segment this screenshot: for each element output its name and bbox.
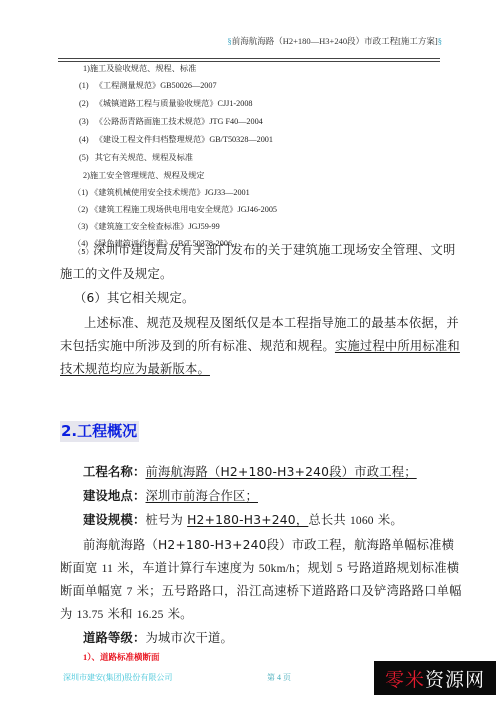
desc-speed: 50km/h: [259, 563, 295, 575]
location-value: 深圳市前海合作区；: [146, 489, 258, 503]
standard-item: （2) 《建筑工程施工现场供电用电安全规范》JGJ46-2005: [73, 204, 277, 215]
description-line4: 为 13.75 米和 16.25 米。: [60, 604, 193, 622]
road-grade-row: 道路等级：为城市次干道。: [83, 628, 233, 646]
project-name-value: 前海航海路（H2+180-H3+240段）市政工程；: [146, 465, 417, 479]
desc-number: 11: [102, 563, 113, 575]
standard-item: (3) 《公路沥青路面施工技术规范》JTG F40—2004: [79, 116, 263, 127]
footer-page-number: 第 4 页: [267, 672, 291, 683]
standards-group1-title: 1)施工及验收规范、规程、标准: [83, 63, 196, 74]
subsection-heading: 1）、道路标准横断面: [83, 651, 160, 663]
description-line3: 断面单幅宽 7 米；五号路路口，沿江高速桥下道路路口及铲湾路路口单幅: [60, 581, 462, 599]
scale-label: 建设规模：: [83, 513, 146, 527]
footer-company: 深圳市建安(集团)股份有限公司: [63, 672, 172, 683]
scale-prefix: 桩号为: [146, 513, 184, 527]
road-grade-label: 道路等级：: [83, 631, 146, 645]
standards-note-line1: 上述标准、规范及规程及图纸仅是本工程指导施工的最基本依据，并: [84, 313, 459, 331]
watermark-white-text: 资源网: [425, 665, 485, 692]
desc-text: 米；五号路路口，沿江高速桥下道路路口及铲湾路路口单幅: [137, 584, 462, 598]
item-text: 《工程测量规范》GB50026—2007: [95, 81, 217, 90]
item-number: (5): [79, 153, 89, 162]
item-text: 《建筑工程施工现场供电用电安全规范》JGJ46-2005: [90, 205, 277, 214]
item-text: 深圳市建设局及有关部门发布的关于建筑施工现场安全管理、文明: [93, 243, 455, 257]
section-mark-icon: §: [438, 36, 442, 46]
standards-note-line2: 末包括实施中所涉及到的所有标准、规范和规程。实施过程中所用标准和: [60, 336, 460, 354]
item-number: (4): [79, 135, 89, 144]
note-underlined-text: 技术规范均应为最新版本。: [60, 362, 210, 376]
desc-text: 号路道路规划标准横: [347, 561, 459, 575]
standards-note-line3: 技术规范均应为最新版本。: [60, 359, 210, 377]
note-underlined-text: 实施过程中所用标准和: [335, 339, 460, 353]
desc-text: 米。: [168, 607, 193, 621]
desc-number: 16.25: [137, 609, 164, 621]
regulation-item-5-cont: 施工的文件及规定。: [60, 264, 172, 282]
desc-text: 断面单幅宽: [60, 584, 123, 598]
standard-item: （3) 《建筑施工安全检查标准》JGJ59-99: [73, 221, 220, 232]
scale-length: 1060: [350, 515, 374, 527]
regulation-item-6: （6）其它相关规定。: [74, 288, 195, 306]
item-number: (2): [79, 99, 89, 108]
description-line2: 断面宽 11 米，车道计算行车速度为 50km/h；规划 5 号路道路规划标准横: [60, 558, 459, 576]
document-header-title: §前海航海路（H2+180—H3+240段）市政工程[施工方案]§: [227, 35, 442, 47]
desc-text: 米和: [108, 607, 133, 621]
item-text: 《建筑机械使用安全技术规范》JGJ33—2001: [90, 188, 250, 197]
desc-text: 米，车道计算行车速度为: [117, 561, 254, 575]
scale-suffix: 总长共: [308, 513, 346, 527]
standard-item: (1) 《工程测量规范》GB50026—2007: [79, 80, 217, 91]
item-text: 《建设工程文件归档整理规范》GB/T50328—2001: [95, 135, 273, 144]
desc-number: 7: [127, 586, 133, 598]
project-name-row: 工程名称：前海航海路（H2+180-H3+240段）市政工程；: [83, 462, 417, 480]
standard-item: (5) 其它有关规范、规程及标准: [79, 152, 193, 163]
desc-text: 断面宽: [60, 561, 98, 575]
watermark-logo: 零米资源网: [374, 661, 496, 695]
item-number: (1): [79, 81, 89, 90]
item-number: （1): [73, 188, 88, 197]
item-number: （2): [73, 205, 88, 214]
scale-unit: 米。: [378, 513, 403, 527]
desc-number: 13.75: [77, 609, 104, 621]
standard-item: (2) 《城镇道路工程与质量验收规范》CJJ1-2008: [79, 98, 253, 109]
item-number: （5）: [74, 248, 93, 256]
standard-item: (4) 《建设工程文件归档整理规范》GB/T50328—2001: [79, 134, 273, 145]
watermark-red-text: 零米: [385, 665, 425, 692]
project-name-label: 工程名称：: [83, 465, 146, 479]
item-text: 《建筑施工安全检查标准》JGJ59-99: [90, 222, 220, 231]
item-text: 《城镇道路工程与质量验收规范》CJJ1-2008: [95, 99, 253, 108]
desc-number: 5: [337, 563, 343, 575]
desc-text: 为: [60, 607, 73, 621]
location-label: 建设地点：: [83, 489, 146, 503]
item-text: 其它有关规范、规程及标准: [95, 153, 193, 162]
scale-row: 建设规模：桩号为 H2+180-H3+240，总长共 1060 米。: [83, 510, 403, 528]
item-number: (3): [79, 117, 89, 126]
road-grade-value: 为城市次干道。: [146, 631, 233, 645]
section-heading: 2.工程概况: [60, 421, 139, 442]
item-text: 《公路沥青路面施工技术规范》JTG F40—2004: [95, 117, 263, 126]
note-text: 末包括实施中所涉及到的所有标准、规范和规程。: [60, 339, 335, 353]
regulation-item-5: （5）深圳市建设局及有关部门发布的关于建筑施工现场安全管理、文明: [74, 240, 455, 258]
description-line1: 前海航海路（H2+180-H3+240段）市政工程，航海路单幅标准横: [83, 535, 454, 553]
standards-group2-title: 2)施工安全管理规范、规程及规定: [83, 170, 204, 181]
header-divider: [58, 58, 440, 62]
standard-item: （1) 《建筑机械使用安全技术规范》JGJ33—2001: [73, 187, 250, 198]
desc-text: ；规划: [295, 561, 333, 575]
item-number: （3): [73, 222, 88, 231]
location-row: 建设地点：深圳市前海合作区；: [83, 486, 258, 504]
header-title-text: 前海航海路（H2+180—H3+240段）市政工程[施工方案]: [232, 36, 438, 46]
scale-range: H2+180-H3+240，: [187, 513, 308, 527]
